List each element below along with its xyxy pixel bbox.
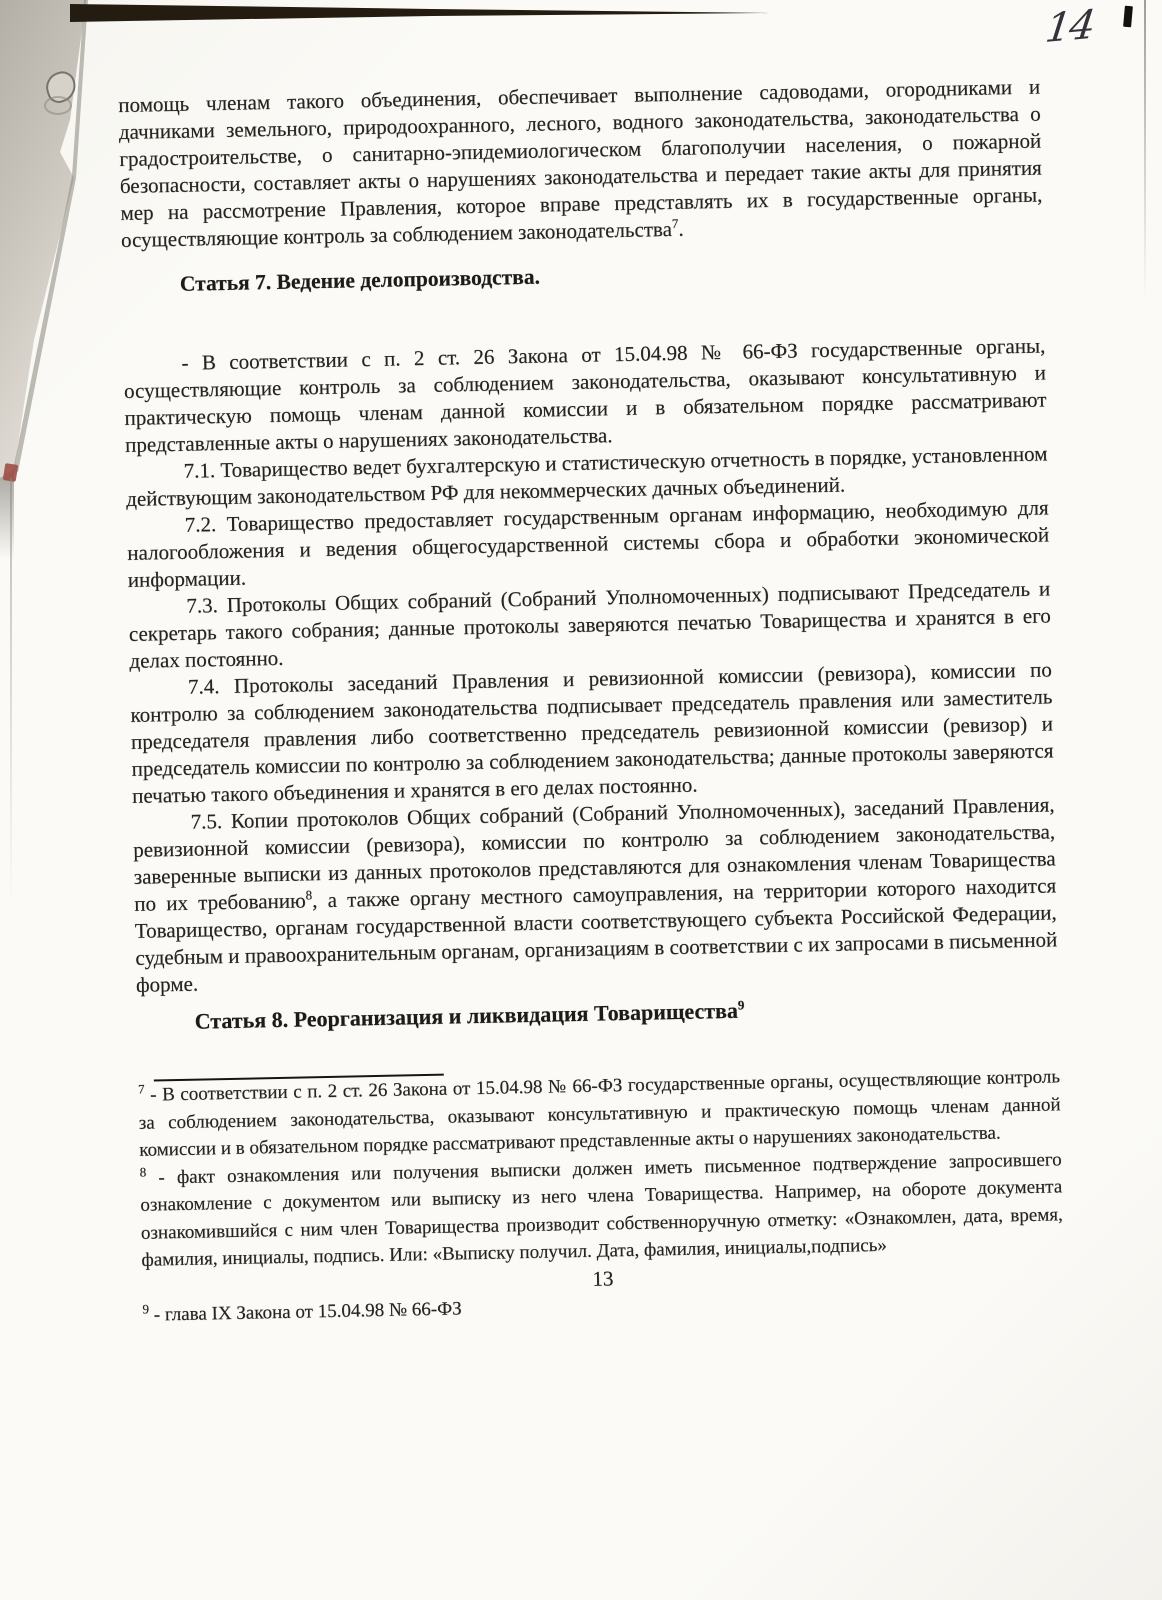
- continuation-paragraph: помощь членам такого объединения, обеспе…: [118, 73, 1043, 253]
- clause-7-5: 7.5. Копии протоколов Общих собраний (Со…: [132, 791, 1058, 998]
- continuation-text: помощь членам такого объединения, обеспе…: [118, 74, 1042, 251]
- document-text-block: помощь членам такого объединения, обеспе…: [118, 73, 1065, 1328]
- scanned-document-page: 14 помощь членам такого объединения, обе…: [0, 0, 1162, 1600]
- article-7-heading: Статья 7. Ведение делопроизводства.: [122, 253, 1044, 298]
- footnote-7-text: - В соответствии с п. 2 ст. 26 Закона от…: [138, 1066, 1060, 1160]
- clause-7-4: 7.4. Протоколы заседаний Правления и рев…: [130, 656, 1055, 809]
- article-8-heading-text: Статья 8. Реорганизация и ликвидация Тов…: [194, 998, 738, 1034]
- left-faint-line: [10, 478, 12, 908]
- corner-tick-mark: [1123, 6, 1133, 28]
- footnote-8: 8 - факт ознакомления или получения выпи…: [140, 1146, 1064, 1274]
- right-edge-line: [1144, 0, 1146, 300]
- continuation-period: .: [678, 217, 684, 241]
- footnote-9-text: - глава IX Закона от 15.04.98 № 66-ФЗ: [149, 1298, 462, 1325]
- top-scan-streak: [62, 0, 782, 30]
- paper-curl-ellipse: [44, 96, 72, 115]
- handwritten-page-number: 14: [1043, 2, 1096, 52]
- article-7-intro: - В соответствии с п. 2 ст. 26 Закона от…: [123, 332, 1047, 458]
- footnote-ref-9: 9: [738, 997, 745, 1012]
- footnote-8-text: - факт ознакомления или получения выписк…: [140, 1149, 1063, 1271]
- article-8-heading: Статья 8. Реорганизация и ликвидация Тов…: [136, 990, 1058, 1035]
